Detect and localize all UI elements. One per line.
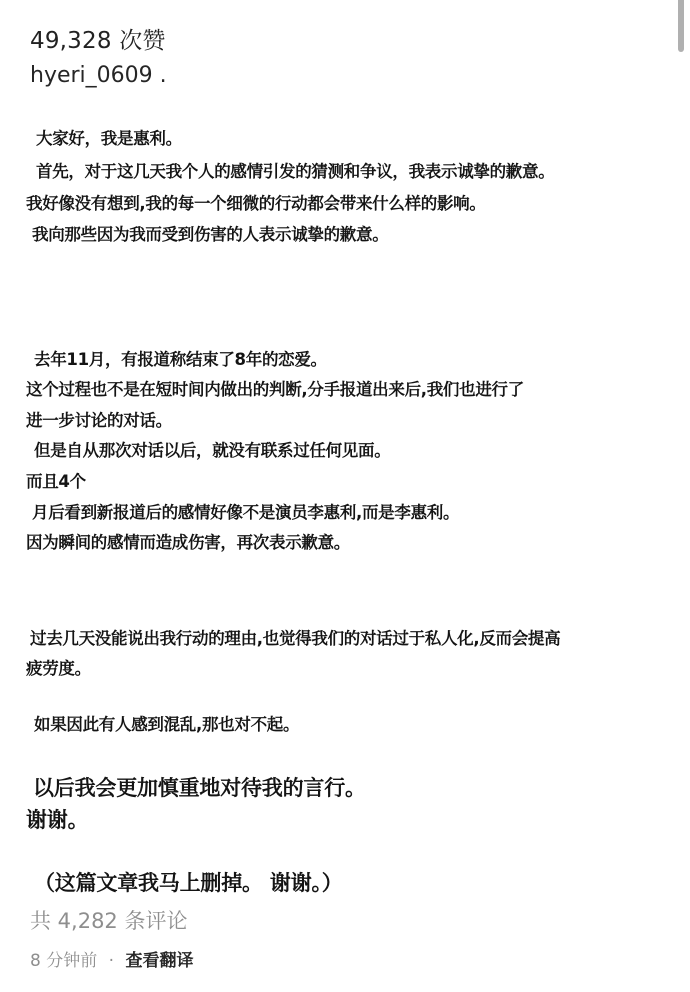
view-comments-link[interactable]: 共 4,282 条评论 [30,905,187,935]
post-line: 进一步讨论的对话。 [26,407,172,431]
post-line: 我向那些因为我而受到伤害的人表示诚挚的歉意。 [32,221,388,245]
timestamp: 8 分钟前 [30,951,97,971]
likes-count[interactable]: 49,328 次赞 [30,22,166,55]
post-line: 以后我会更加慎重地对待我的言行。 [33,772,366,802]
post-line: 谢谢。 [26,804,88,834]
separator-dot: · [109,951,114,971]
username-line: hyeri_0609 . [30,63,167,88]
post-line: 首先，对于这几天我个人的感情引发的猜测和争议，我表示诚挚的歉意。 [36,158,554,182]
post-line: （这篇文章我马上删掉。 谢谢。） [34,867,343,897]
post-line: 疲劳度。 [26,655,91,679]
post-line: 大家好，我是惠利。 [36,125,182,149]
scrollbar[interactable] [678,0,684,52]
see-translation-link[interactable]: 查看翻译 [125,951,193,971]
post-line: 但是自从那次对话以后，就没有联系过任何见面。 [34,437,390,461]
post-meta: 8 分钟前 · 查看翻译 [30,946,193,971]
username-link[interactable]: hyeri_0609 [30,63,153,88]
post-line: 去年11月，有报道称结束了8年的恋爱。 [34,346,327,370]
post-line: 因为瞬间的感情而造成伤害，再次表示歉意。 [26,529,350,553]
post-line: 而且4个 [26,468,86,492]
post-line: 如果因此有人感到混乱,那也对不起。 [34,711,299,735]
post-line: 过去几天没能说出我行动的理由,也觉得我们的对话过于私人化,反而会提高 [30,625,560,649]
post-line: 月后看到新报道后的感情好像不是演员李惠利,而是李惠利。 [32,499,459,523]
post-line: 这个过程也不是在短时间内做出的判断,分手报道出来后,我们也进行了 [26,376,524,400]
post-line: 我好像没有想到,我的每一个细微的行动都会带来什么样的影响。 [26,190,486,214]
username-suffix: . [160,63,167,88]
